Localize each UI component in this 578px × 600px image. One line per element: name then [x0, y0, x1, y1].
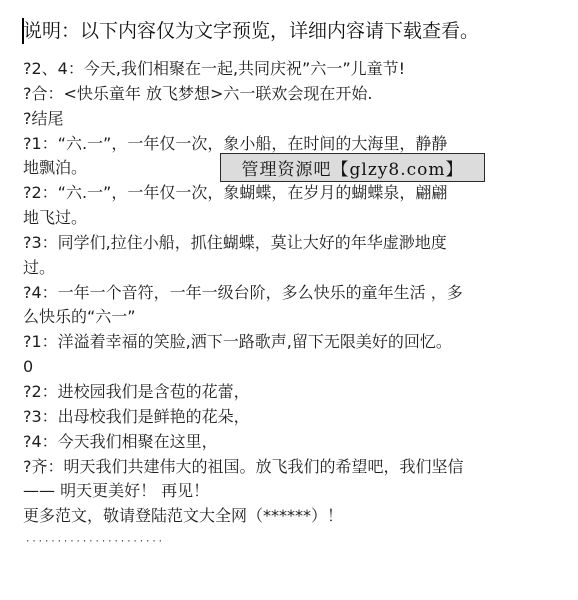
document-line: ?2、4：今天,我们相聚在一起,共同庆祝”六一”儿童节! [23, 57, 563, 82]
document-line: ?2：进校园我们是含苞的花蕾， [23, 380, 563, 405]
document-line: 地飞过。 [23, 206, 563, 231]
dotted-separator: ······················ [25, 537, 164, 547]
document-line: ?合：<快乐童年 放飞梦想>六一联欢会现在开始. [23, 82, 563, 107]
document-line: ?3：出母校我们是鲜艳的花朵， [23, 405, 563, 430]
document-line: ?3：同学们,拉住小船，抓住蝴蝶，莫让大好的年华虚渺地度 [23, 231, 563, 256]
document-line: ?4：一年一个音符，一年一级台阶，多么快乐的童年生活 ，多 [23, 281, 563, 306]
document-line: 0 [23, 355, 563, 380]
document-line: ?结尾 [23, 107, 563, 132]
document-line: ?1：洋溢着幸福的笑脸,洒下一路歌声,留下无限美好的回忆。 [23, 330, 563, 355]
document-line: 么快乐的“六一” [23, 305, 563, 330]
watermark-banner: 管理资源吧【glzy8.com】 [220, 153, 485, 182]
preview-notice-title: 说明：以下内容仅为文字预览，详细内容请下载查看。 [23, 17, 479, 45]
document-line: —— 明天更美好！ 再见！ [23, 479, 563, 504]
document-body: ?2、4：今天,我们相聚在一起,共同庆祝”六一”儿童节! ?合：<快乐童年 放飞… [23, 57, 563, 529]
document-line: 更多范文，敬请登陆范文大全网（******）！ [23, 504, 563, 529]
document-line: ?2：“六.一”，一年仅一次，象蝴蝶，在岁月的蝴蝶泉，翩翩 [23, 181, 563, 206]
document-line: ?4：今天我们相聚在这里， [23, 430, 563, 455]
document-line: ?齐：明天我们共建伟大的祖国。放飞我们的希望吧，我们坚信 [23, 455, 563, 480]
document-line: 过。 [23, 256, 563, 281]
